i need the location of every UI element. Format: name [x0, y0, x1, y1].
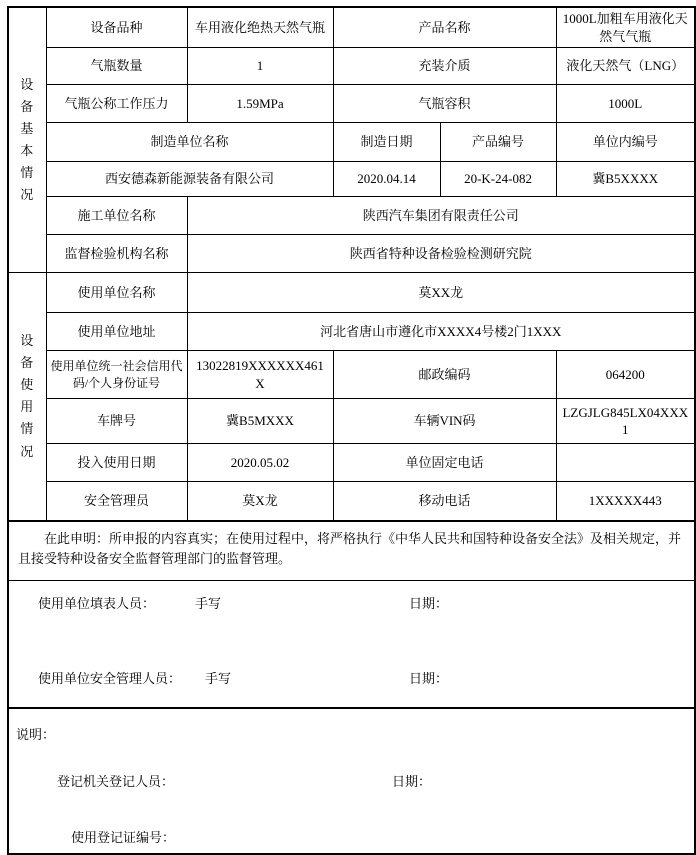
value-working-pressure: 1.59MPa	[187, 85, 333, 123]
label-user-unit-name: 使用单位名称	[46, 273, 187, 313]
label-safety-manager: 安全管理员	[46, 482, 187, 521]
label-service-start-date: 投入使用日期	[46, 444, 187, 482]
registration-form-table: 设备基本情况 设备品种 车用液化绝热天然气瓶 产品名称 1000L加粗车用液化天…	[7, 6, 696, 855]
registration-form-sheet: 设备基本情况 设备品种 车用液化绝热天然气瓶 产品名称 1000L加粗车用液化天…	[0, 0, 696, 855]
value-construction-unit: 陕西汽车集团有限责任公司	[187, 197, 695, 235]
label-license-plate: 车牌号	[46, 399, 187, 444]
value-product-name: 1000L加粗车用液化天然气气瓶	[556, 7, 695, 48]
value-service-start-date: 2020.05.02	[187, 444, 333, 482]
label-notes: 说明：	[16, 726, 55, 744]
label-manufacture-date: 制造日期	[333, 123, 440, 162]
value-inspection-agency: 陕西省特种设备检验检测研究院	[187, 235, 695, 273]
label-construction-unit: 施工单位名称	[46, 197, 187, 235]
label-safety-management-person: 使用单位安全管理人员：	[38, 670, 181, 688]
value-equipment-category: 车用液化绝热天然气瓶	[187, 7, 333, 48]
label-safety-management-date: 日期：	[409, 670, 448, 688]
label-filling-medium: 充装介质	[333, 48, 556, 85]
label-unit-landline: 单位固定电话	[333, 444, 556, 482]
label-internal-unit-number: 单位内编号	[556, 123, 695, 162]
value-unit-landline	[556, 444, 695, 482]
value-user-unit-address: 河北省唐山市遵化市XXXX4号楼2门1XXX	[187, 313, 695, 351]
label-postal-code: 邮政编码	[333, 351, 556, 399]
value-credit-code: 13022819XXXXXX461X	[187, 351, 333, 399]
label-use-registration-cert-number: 使用登记证编号：	[71, 829, 175, 847]
section-label-usage-info: 设备使用情况	[8, 273, 46, 521]
value-postal-code: 064200	[556, 351, 695, 399]
label-product-name: 产品名称	[333, 7, 556, 48]
value-license-plate: 冀B5MXXX	[187, 399, 333, 444]
value-vehicle-vin: LZGJLG845LX04XXX1	[556, 399, 695, 444]
label-form-filler-date: 日期：	[409, 595, 448, 613]
value-cylinder-volume: 1000L	[556, 85, 695, 123]
value-form-filler-handwritten: 手写	[195, 595, 221, 613]
label-working-pressure: 气瓶公称工作压力	[46, 85, 187, 123]
notes-section: 说明： 登记机关登记人员： 日期： 使用登记证编号：	[8, 708, 695, 854]
label-registry-date: 日期：	[392, 773, 431, 791]
value-internal-unit-number: 冀B5XXXX	[556, 162, 695, 197]
label-registry-officer: 登记机关登记人员：	[57, 773, 174, 791]
label-cylinder-count: 气瓶数量	[46, 48, 187, 85]
value-manufacturer-name: 西安德森新能源装备有限公司	[46, 162, 333, 197]
label-inspection-agency: 监督检验机构名称	[46, 235, 187, 273]
value-safety-manager: 莫X龙	[187, 482, 333, 521]
label-vehicle-vin: 车辆VIN码	[333, 399, 556, 444]
section-label-basic-info: 设备基本情况	[8, 7, 46, 273]
label-product-number: 产品编号	[440, 123, 556, 162]
label-equipment-category: 设备品种	[46, 7, 187, 48]
value-manufacture-date: 2020.04.14	[333, 162, 440, 197]
label-user-unit-address: 使用单位地址	[46, 313, 187, 351]
label-form-filler: 使用单位填表人员：	[38, 595, 155, 613]
value-mobile-phone: 1XXXXX443	[556, 482, 695, 521]
label-mobile-phone: 移动电话	[333, 482, 556, 521]
value-cylinder-count: 1	[187, 48, 333, 85]
label-credit-code: 使用单位统一社会信用代码/个人身份证号	[46, 351, 187, 399]
declaration-text: 在此申明：所申报的内容真实；在使用过程中，将严格执行《中华人民共和国特种设备安全…	[8, 521, 695, 581]
value-product-number: 20-K-24-082	[440, 162, 556, 197]
value-safety-management-handwritten: 手写	[205, 670, 231, 688]
value-user-unit-name: 莫XX龙	[187, 273, 695, 313]
value-filling-medium: 液化天然气（LNG）	[556, 48, 695, 85]
label-cylinder-volume: 气瓶容积	[333, 85, 556, 123]
label-manufacturer-name: 制造单位名称	[46, 123, 333, 162]
signature-section: 使用单位填表人员： 手写 日期： 使用单位安全管理人员： 手写 日期：	[8, 581, 695, 708]
